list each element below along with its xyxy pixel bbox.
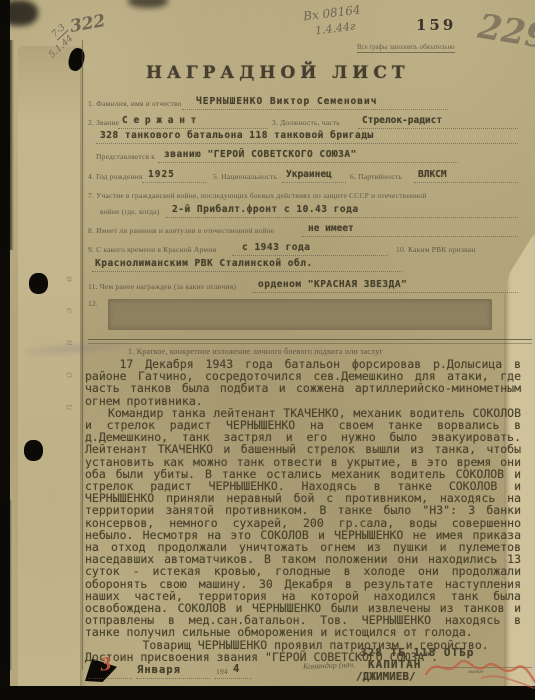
field-3-value-cont: 328 танкового батальона 118 танковой бри… [100,130,374,141]
field-9-value: с 1943 года [242,242,310,253]
feat-description: 17 Декабря 1943 года батальон форсировав… [85,358,521,663]
field-8-value: не имеет [308,223,354,234]
document-title: НАГРАДНОЙ ЛИСТ [146,63,410,83]
field-6-label: 6. Партийность [350,172,402,181]
field-2-label: 2. Звание [88,118,119,127]
feat-paragraph: 17 Декабря 1943 года батальон форсировав… [85,358,521,407]
field-4-value: 1925 [148,169,175,180]
field-10-label: 10. Каким РВК призван [396,245,476,254]
page-number-stamp: 159 [416,16,456,34]
field-2-value: С е р ж а н т [122,115,196,126]
form-line [302,235,518,237]
presented-for-label: Представляется к [96,152,155,161]
commander-printed-label: Командир (нач. [303,660,355,671]
field-7-label: 7. Участие в гражданской войне, последую… [88,191,427,200]
form-line [92,270,402,272]
field-1-value: ЧЕРНЫШЕНКО Виктор Семенович [196,96,377,107]
redaction-band [108,299,492,330]
form-line [158,161,458,163]
field-11-label: 11. Чем ранее награжден (за какие отличи… [88,282,236,291]
form-left-rule [82,40,83,670]
feat-paragraph: Командир танка лейтенант ТКАЧЕНКО, механ… [85,407,521,639]
field-12-label: 12. [88,299,98,308]
date-day-handwritten: 3 [99,654,114,675]
field-4-label: 4. Год рождения [88,172,143,181]
field-5-label: 5. Национальность [213,172,277,181]
form-line [166,216,518,218]
commander-name-typed: /ДЖИМИЕВ/ [356,670,416,683]
date-year-printed: 194 [216,667,228,676]
hole-punch [24,440,43,461]
form-line [182,108,448,110]
field-5-value: Украинец [286,169,332,180]
section-divider-top [88,339,532,340]
field-3-label: 3. Должность, часть [272,118,340,127]
scan-edge-shadow [0,40,14,250]
field-7-label-cont: войне (где, когда) [100,207,160,216]
form-line [214,677,252,679]
spine-handwriting: понэв [64,250,75,410]
field-3-value: Стрелок-радист [362,115,442,126]
form-line [414,181,518,183]
form-line [282,181,346,183]
fill-instruction: Все графы заполнять обязательно [357,44,455,53]
field-6-value: ВЛКСМ [418,169,447,180]
presented-for-value: званию "ГЕРОЙ СОВЕТСКОГО СОЮЗА" [164,149,357,160]
feat-section-heading: 1. Краткое, конкретное изложение личного… [128,347,383,356]
form-line [358,127,518,129]
form-line [252,291,518,293]
field-7-value: 2-й Прибалт.фронт с 10.43 года [172,204,359,215]
form-line [136,677,210,679]
date-year-typed: 4 [233,663,239,675]
signature-scribble [422,648,535,690]
field-9-label: 9. С какого времени в Красной Армии [88,245,217,254]
form-line [232,254,388,256]
form-line [142,181,206,183]
form-line [96,142,518,144]
section-divider-bottom [88,343,532,344]
date-month-typed: Января [137,664,181,676]
scanned-award-document: понэв 322 7-3 5.1.44 Вх 08164 1.4.44г 15… [0,0,535,700]
field-10-value: Краснолиманским РВК Сталинской обл. [95,258,313,269]
hole-punch [29,273,48,294]
field-11-value: орденом "КРАСНАЯ ЗВЕЗДА" [258,279,407,290]
scan-corner-shadow [0,0,38,26]
field-8-label: 8. Имеет ли ранения и контузии в отечест… [88,226,274,235]
scan-edge-shadow [0,500,12,670]
form-line [118,127,268,129]
form-line [88,677,132,679]
field-1-label: 1. Фамилия, имя и отчество [88,99,182,108]
